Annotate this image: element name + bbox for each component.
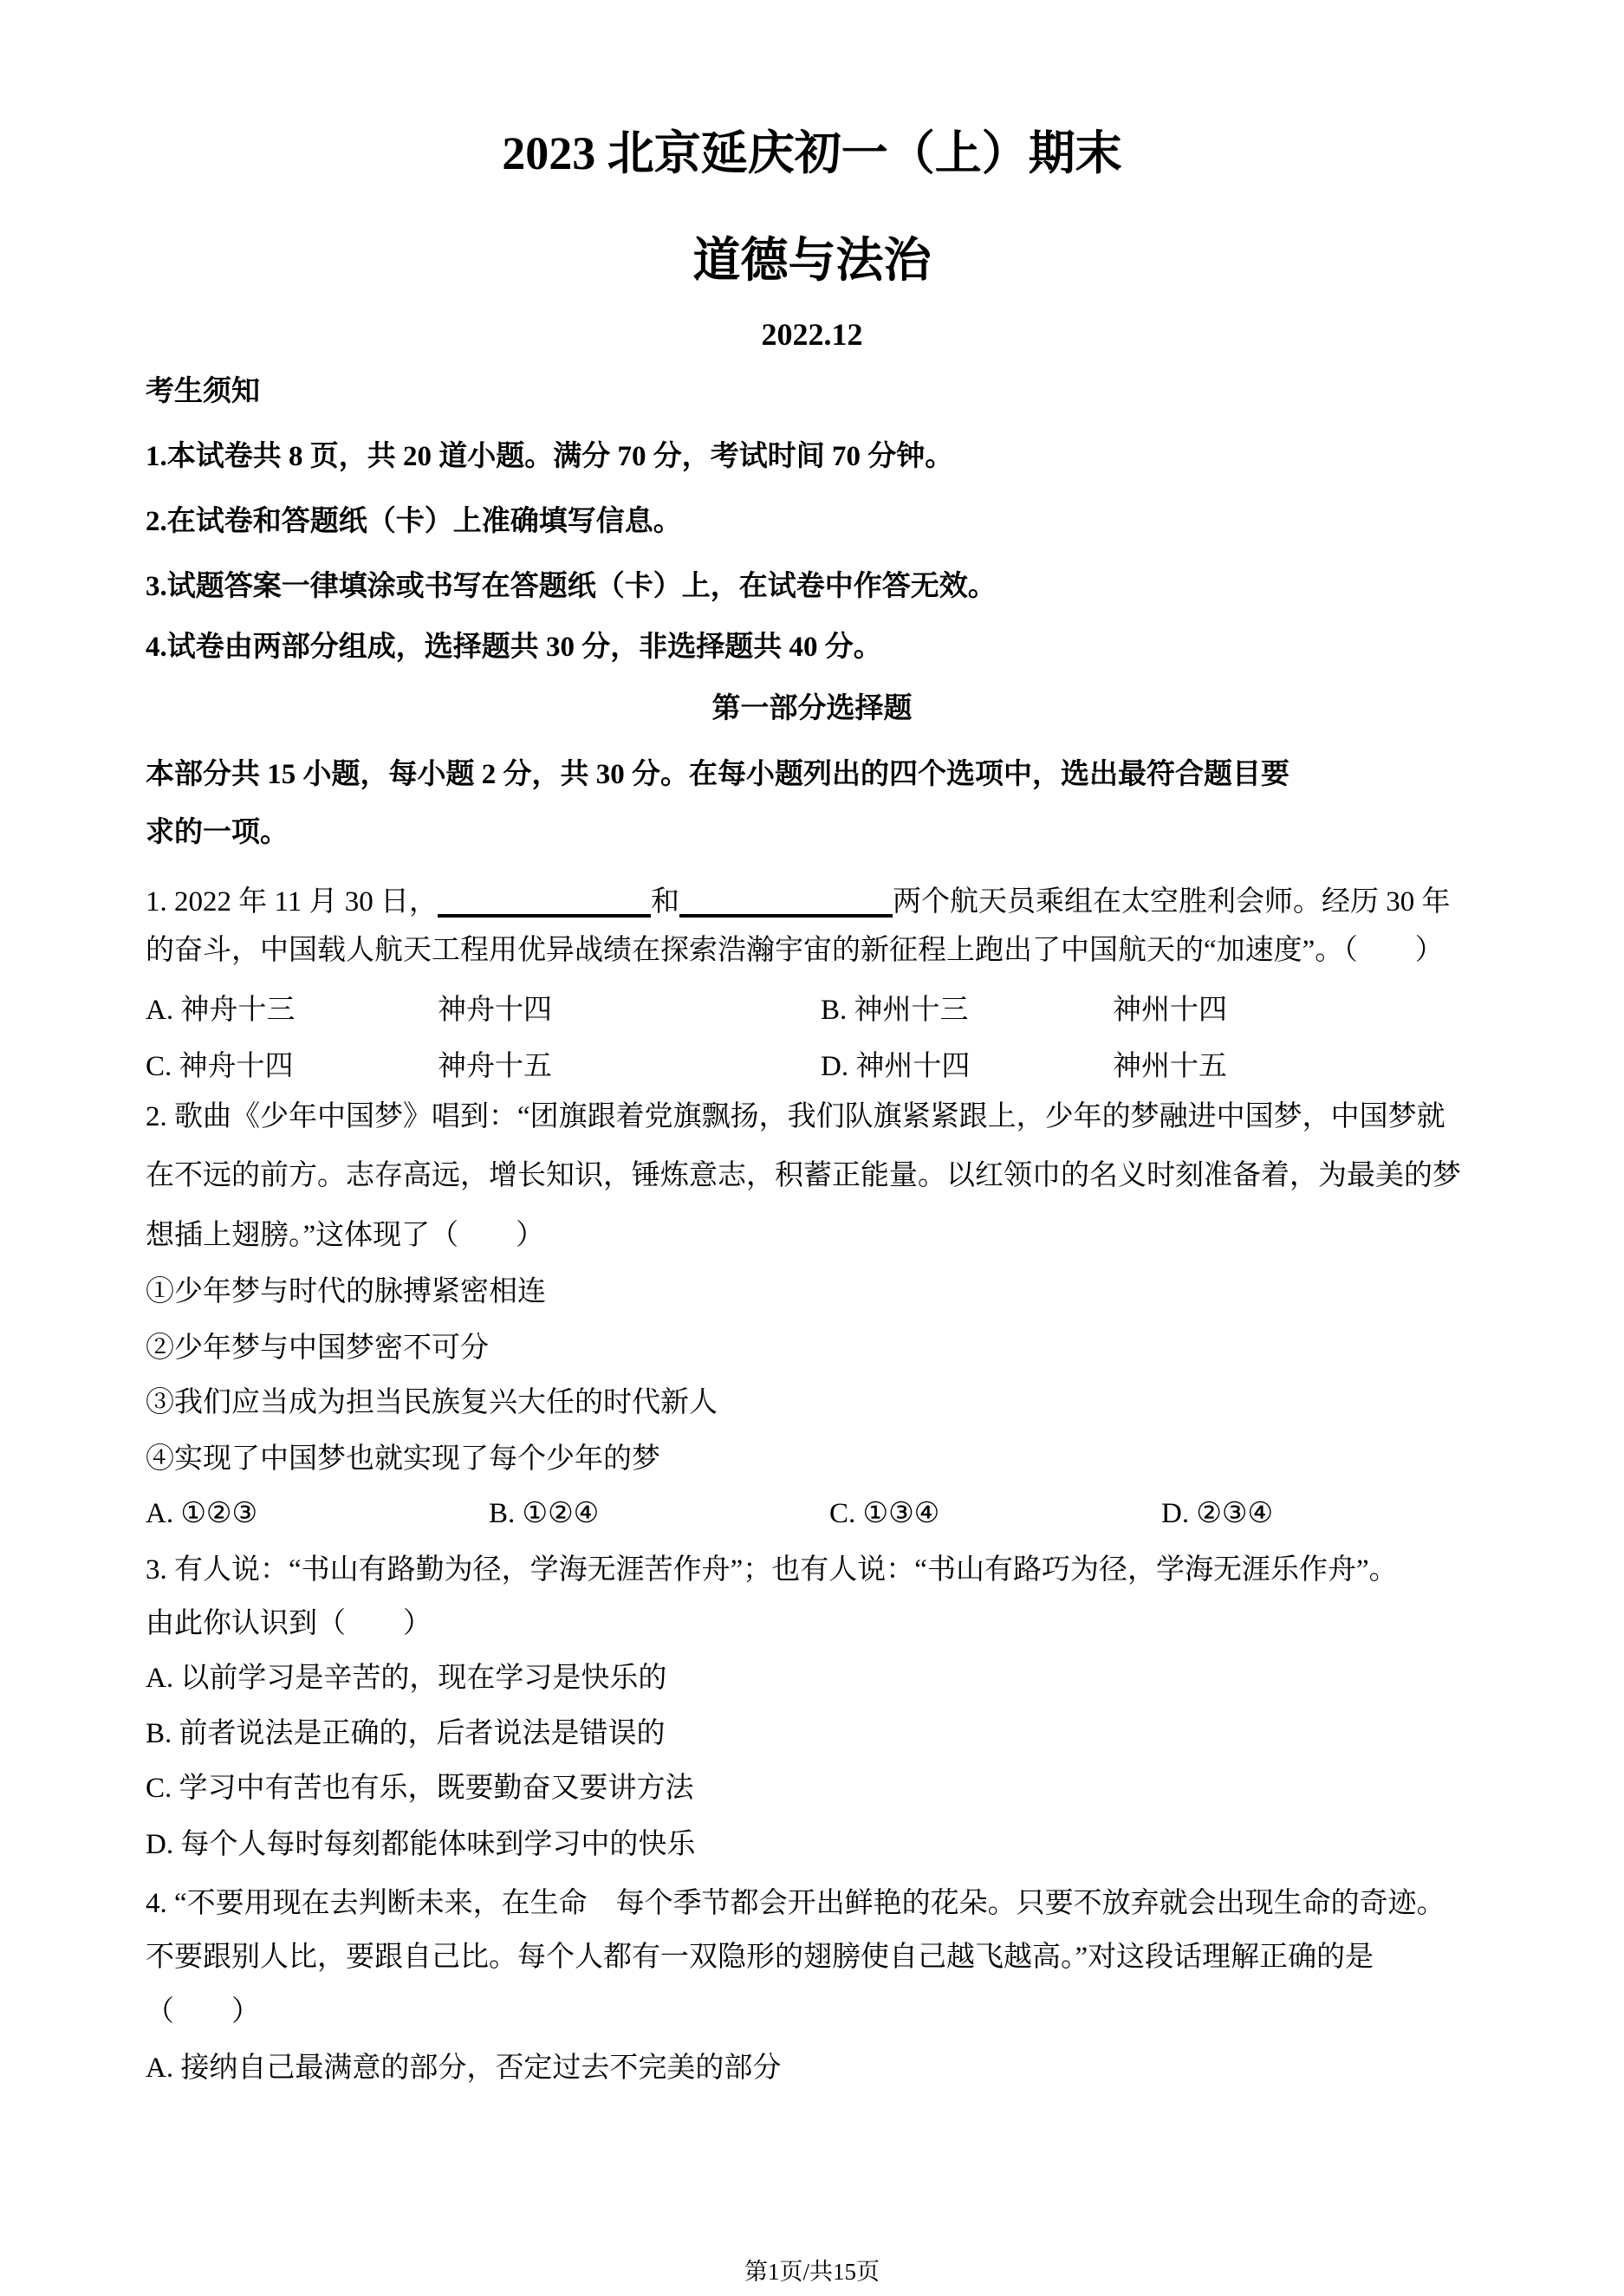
answer-blank xyxy=(679,914,893,918)
option-row: C. 神舟十四 神舟十五 D. 神州十四 神州十五 xyxy=(146,1047,1624,1086)
section-intro-line: 本部分共 15 小题，每小题 2 分，共 30 分。在每小题列出的四个选项中，选… xyxy=(146,755,1289,795)
option-cell: D. 神州十四 xyxy=(821,1047,970,1086)
notice-item: 3.试题答案一律填涂或书写在答题纸（卡）上，在试卷中作答无效。 xyxy=(146,567,997,606)
notice-heading: 考生须知 xyxy=(146,372,260,412)
notice-item: 4.试卷由两部分组成，选择题共 30 分，非选择题共 40 分。 xyxy=(146,627,882,667)
question-stem-text: 1. 2022 年 11 月 30 日， xyxy=(146,886,438,918)
option-line: B. 前者说法是正确的，后者说法是错误的 xyxy=(146,1714,666,1754)
option-cell: C. 神舟十四 xyxy=(146,1047,294,1086)
option-cell: D. ②③④ xyxy=(1161,1494,1273,1534)
option-line: D. 每个人每时每刻都能体味到学习中的快乐 xyxy=(146,1825,695,1865)
option-row: A. ①②③ B. ①②④ C. ①③④ D. ②③④ xyxy=(146,1494,1624,1534)
question-stem-line: 4. “不要用现在去判断未来，在生命 每个季节都会开出鲜艳的花朵。只要不放弃就会… xyxy=(146,1884,1445,1923)
option-line: A. 以前学习是辛苦的，现在学习是快乐的 xyxy=(146,1658,666,1698)
option-cell: A. ①②③ xyxy=(146,1494,257,1534)
option-cell: 神舟十四 xyxy=(438,990,552,1030)
option-cell: 神州十四 xyxy=(1113,990,1227,1030)
option-cell: B. 神州十三 xyxy=(821,990,969,1030)
section-heading: 第一部分选择题 xyxy=(0,689,1624,729)
question-stem-line: 1. 2022 年 11 月 30 日，和两个航天员乘组在太空胜利会师。经历 3… xyxy=(146,882,1451,922)
answer-blank xyxy=(438,914,651,918)
option-cell: 神州十五 xyxy=(1113,1047,1227,1086)
page-footer: 第1页/共15页 xyxy=(0,2252,1624,2292)
question-stem-line: 3. 有人说：“书山有路勤为径，学海无涯苦作舟”；也有人说：“书山有路巧为径，学… xyxy=(146,1550,1398,1590)
option-cell: A. 神舟十三 xyxy=(146,990,295,1030)
question-stem-line: 由此你认识到（ ） xyxy=(146,1604,432,1644)
section-intro-line: 求的一项。 xyxy=(146,813,289,853)
question-stem-text: 和 xyxy=(651,886,679,918)
option-line: A. 接纳自己最满意的部分，否定过去不完美的部分 xyxy=(146,2048,781,2088)
exam-subject: 道德与法治 xyxy=(0,232,1624,289)
option-cell: B. ①②④ xyxy=(489,1494,599,1534)
exam-title: 2023 北京延庆初一（上）期末 xyxy=(0,126,1624,180)
question-stem-line: 不要跟别人比，要跟自己比。每个人都有一双隐形的翅膀使自己越飞越高。”对这段话理解… xyxy=(146,1937,1374,1977)
notice-item: 1.本试卷共 8 页，共 20 道小题。满分 70 分，考试时间 70 分钟。 xyxy=(146,437,953,477)
question-stem-text: 两个航天员乘组在太空胜利会师。经历 30 年 xyxy=(893,886,1451,918)
statement-line: ④实现了中国梦也就实现了每个少年的梦 xyxy=(146,1439,660,1479)
notice-item: 2.在试卷和答题纸（卡）上准确填写信息。 xyxy=(146,502,682,542)
exam-page: 2023 北京延庆初一（上）期末 道德与法治 2022.12 考生须知 1.本试… xyxy=(0,0,1624,2296)
exam-date: 2022.12 xyxy=(0,315,1624,354)
statement-line: ②少年梦与中国梦密不可分 xyxy=(146,1328,489,1368)
question-stem-line: （ ） xyxy=(146,1992,260,2032)
option-row: A. 神舟十三 神舟十四 B. 神州十三 神州十四 xyxy=(146,990,1624,1030)
question-stem-line: 在不远的前方。志存高远，增长知识，锤炼意志，积蓄正能量。以红领巾的名义时刻准备着… xyxy=(146,1156,1461,1196)
question-stem-line: 2. 歌曲《少年中国梦》唱到：“团旗跟着党旗飘扬，我们队旗紧紧跟上，少年的梦融进… xyxy=(146,1097,1445,1137)
option-cell: 神舟十五 xyxy=(438,1047,552,1086)
question-stem-line: 的奋斗，中国载人航天工程用优异战绩在探索浩瀚宇宙的新征程上跑出了中国航天的“加速… xyxy=(146,931,1444,970)
statement-line: ③我们应当成为担当民族复兴大任的时代新人 xyxy=(146,1383,718,1423)
question-stem-line: 想插上翅膀。”这体现了（ ） xyxy=(146,1216,544,1255)
statement-line: ①少年梦与时代的脉搏紧密相连 xyxy=(146,1272,546,1312)
option-cell: C. ①③④ xyxy=(829,1494,939,1534)
option-line: C. 学习中有苦也有乐，既要勤奋又要讲方法 xyxy=(146,1768,694,1808)
